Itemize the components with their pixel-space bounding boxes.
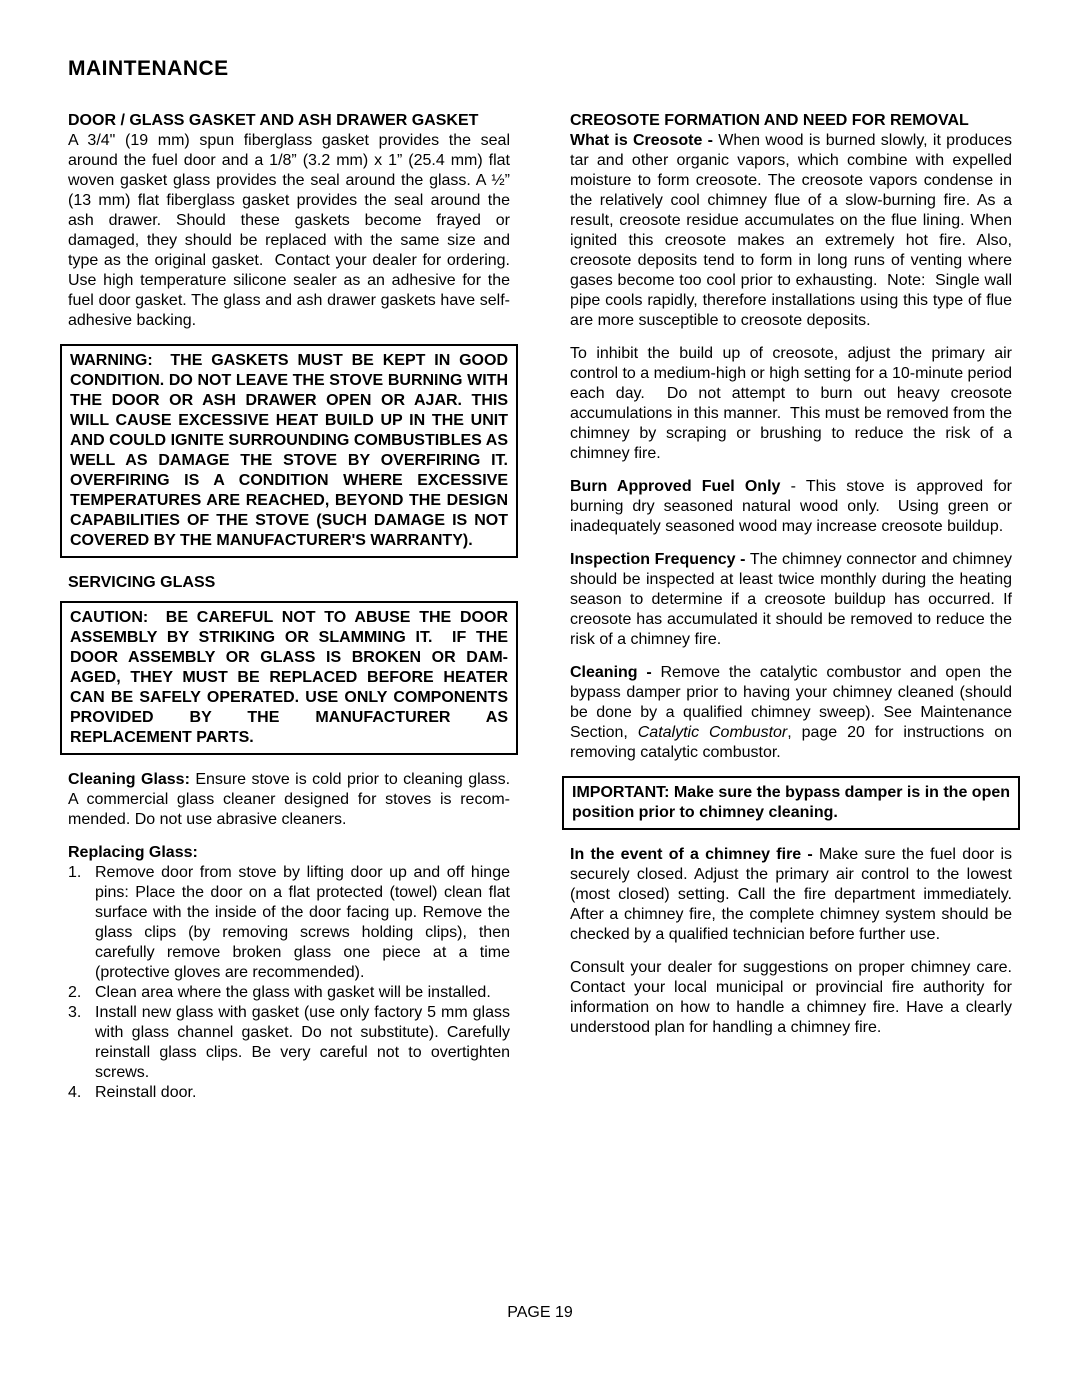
caution-text: CAUTION: BE CAREFUL NOT TO ABUSE THE DOO… bbox=[70, 608, 508, 748]
catalytic-combustor-reference: Catalytic Combus­tor bbox=[638, 724, 788, 741]
paragraph-what-is-creosote: What is Creosote - When wood is burned s… bbox=[570, 131, 1012, 331]
heading-creosote-formation: CREOSOTE FORMATION AND NEED FOR REMOVAL bbox=[570, 111, 1012, 131]
cleaning-label: Cleaning - bbox=[570, 664, 652, 681]
caution-box: CAUTION: BE CAREFUL NOT TO ABUSE THE DOO… bbox=[60, 601, 518, 755]
important-box: IMPORTANT: Make sure the bypass damper i… bbox=[562, 776, 1020, 830]
paragraph-cleaning-glass: Cleaning Glass: Ensure stove is cold pri… bbox=[68, 770, 510, 830]
step-text: Install new glass with gasket (use only … bbox=[95, 1003, 510, 1083]
step-text: Remove door from stove by lifting door u… bbox=[95, 863, 510, 983]
chimney-fire-label: In the event of a chimney fire - bbox=[570, 846, 813, 863]
step-number: 2. bbox=[68, 983, 95, 1003]
step-number: 4. bbox=[68, 1083, 95, 1103]
replacing-glass-steps: 1. Remove door from stove by lifting doo… bbox=[68, 863, 510, 1103]
two-column-layout: DOOR / GLASS GASKET AND ASH DRAWER GAS­K… bbox=[68, 111, 1012, 1103]
paragraph-inhibit-buildup: To inhibit the build up of creosote, adj… bbox=[570, 344, 1012, 464]
paragraph-burn-approved-fuel: Burn Approved Fuel Only - This stove is … bbox=[570, 477, 1012, 537]
heading-door-glass-gasket: DOOR / GLASS GASKET AND ASH DRAWER GAS­K… bbox=[68, 111, 510, 131]
step-text: Reinstall door. bbox=[95, 1083, 510, 1103]
step-text: Clean area where the glass with gasket w… bbox=[95, 983, 510, 1003]
right-column: CREOSOTE FORMATION AND NEED FOR REMOVAL … bbox=[570, 111, 1012, 1103]
what-is-creosote-label: What is Creosote - bbox=[570, 132, 713, 149]
burn-approved-fuel-label: Burn Approved Fuel Only bbox=[570, 478, 780, 495]
what-is-creosote-text: When wood is burned slowly, it pro­duces… bbox=[570, 132, 1012, 329]
paragraph-inspection-frequency: Inspection Frequency - The chimney conne… bbox=[570, 550, 1012, 650]
step-number: 3. bbox=[68, 1003, 95, 1083]
paragraph-chimney-fire-event: In the event of a chimney fire - Make su… bbox=[570, 845, 1012, 945]
paragraph-cleaning: Cleaning - Remove the catalytic combusto… bbox=[570, 663, 1012, 763]
warning-box: WARNING: THE GASKETS MUST BE KEPT IN GOO… bbox=[60, 344, 518, 558]
paragraph-gasket-description: A 3/4" (19 mm) spun fiberglass gasket pr… bbox=[68, 131, 510, 331]
page-title: MAINTENANCE bbox=[68, 57, 1012, 81]
page-number: PAGE 19 bbox=[0, 1303, 1080, 1323]
cleaning-glass-label: Cleaning Glass: bbox=[68, 771, 190, 788]
inspection-frequency-label: Inspection Frequency - bbox=[570, 551, 746, 568]
step-item-2: 2. Clean area where the glass with gaske… bbox=[68, 983, 510, 1003]
manual-page: MAINTENANCE DOOR / GLASS GASKET AND ASH … bbox=[0, 0, 1080, 1397]
heading-servicing-glass: SERVICING GLASS bbox=[68, 573, 510, 593]
step-number: 1. bbox=[68, 863, 95, 983]
paragraph-consult-dealer: Consult your dealer for suggestions on p… bbox=[570, 958, 1012, 1038]
step-item-4: 4. Reinstall door. bbox=[68, 1083, 510, 1103]
step-item-3: 3. Install new glass with gasket (use on… bbox=[68, 1003, 510, 1083]
step-item-1: 1. Remove door from stove by lifting doo… bbox=[68, 863, 510, 983]
important-text: IMPORTANT: Make sure the bypass damper i… bbox=[572, 783, 1010, 823]
heading-replacing-glass: Replacing Glass: bbox=[68, 843, 510, 863]
warning-text: WARNING: THE GASKETS MUST BE KEPT IN GOO… bbox=[70, 351, 508, 551]
left-column: DOOR / GLASS GASKET AND ASH DRAWER GAS­K… bbox=[68, 111, 510, 1103]
